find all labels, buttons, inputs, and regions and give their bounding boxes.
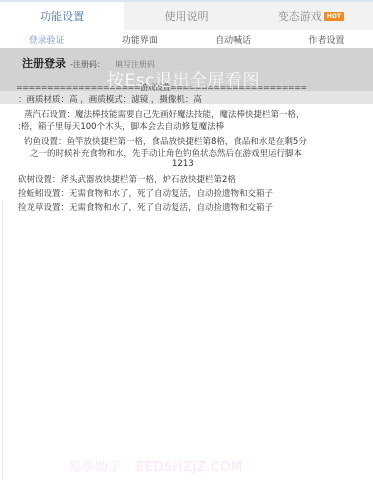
subtab-auto-shout[interactable]: 自动喊话 [187, 30, 280, 48]
subtab-login-verify[interactable]: 登录验证 [0, 30, 93, 48]
subtab-label: 功能界面 [122, 33, 158, 46]
register-code-label: -注册码： [70, 59, 105, 70]
register-title: 注册登录 [22, 55, 66, 71]
hot-badge: HOT [324, 12, 344, 21]
watermark: 易享助手 · EEDSHZJZ.COM [68, 456, 243, 475]
left-border [2, 200, 3, 480]
tab-bt-games[interactable]: 变态游戏 HOT [249, 2, 373, 30]
content-line-steamstone: 蒸汽石设置：魔法棒技能需要自己先画好魔法技能，魔法棒快捷栏第一格， [24, 108, 305, 120]
subtab-label: 作者设置 [308, 33, 344, 46]
content-line-chopping: 砍树设置：斧头武器放快捷栏第一格，炉石放快捷栏第2格 [18, 173, 236, 185]
tab-label: 使用说明 [164, 8, 208, 24]
tab-label: 功能设置 [40, 8, 84, 24]
content-line-fishing-cont: 之一的时候补充食物和水，先手动让角色钓鱼状态然后在游戏里运行脚本 [30, 147, 302, 159]
subtab-function-ui[interactable]: 功能界面 [93, 30, 186, 48]
content-line-dragongrass: 捡龙草设置：无需食物和水了，死了自动复活，自动捡遗物和交箱子 [18, 201, 273, 213]
tab-usage-guide[interactable]: 使用说明 [124, 2, 248, 30]
content-line-fishing: 钓鱼设置：鱼竿放快捷栏第一格，食品放快捷栏第8格，食品和水是在剩5分 [24, 135, 307, 147]
tab-function-settings[interactable]: 功能设置 [0, 2, 124, 30]
subtab-label: 自动喊话 [215, 33, 251, 46]
content-line-fishing-code: 1213 [172, 159, 194, 169]
content-line-steamstone-cont: :格，箱子里每天100个木头，脚本会去自动修复魔法棒 [18, 120, 224, 132]
content-line-graphics: ：画质材质：高 ，画质模式：滤镜 ，摄像机：高 [18, 93, 202, 105]
tab-label: 变态游戏 [278, 8, 322, 24]
subtab-author-settings[interactable]: 作者设置 [280, 30, 373, 48]
fullscreen-exit-hint: 按Esc退出全屏看图 [107, 66, 260, 91]
sub-tab-bar: 登录验证 功能界面 自动喊话 作者设置 [0, 30, 373, 48]
subtab-label: 登录验证 [29, 33, 65, 46]
content-line-earthworm: 捡蚯蚓设置：无需食物和水了，死了自动复活，自动捡遗物和交箱子 [18, 187, 273, 199]
main-tab-bar: 功能设置 使用说明 变态游戏 HOT [0, 2, 373, 30]
